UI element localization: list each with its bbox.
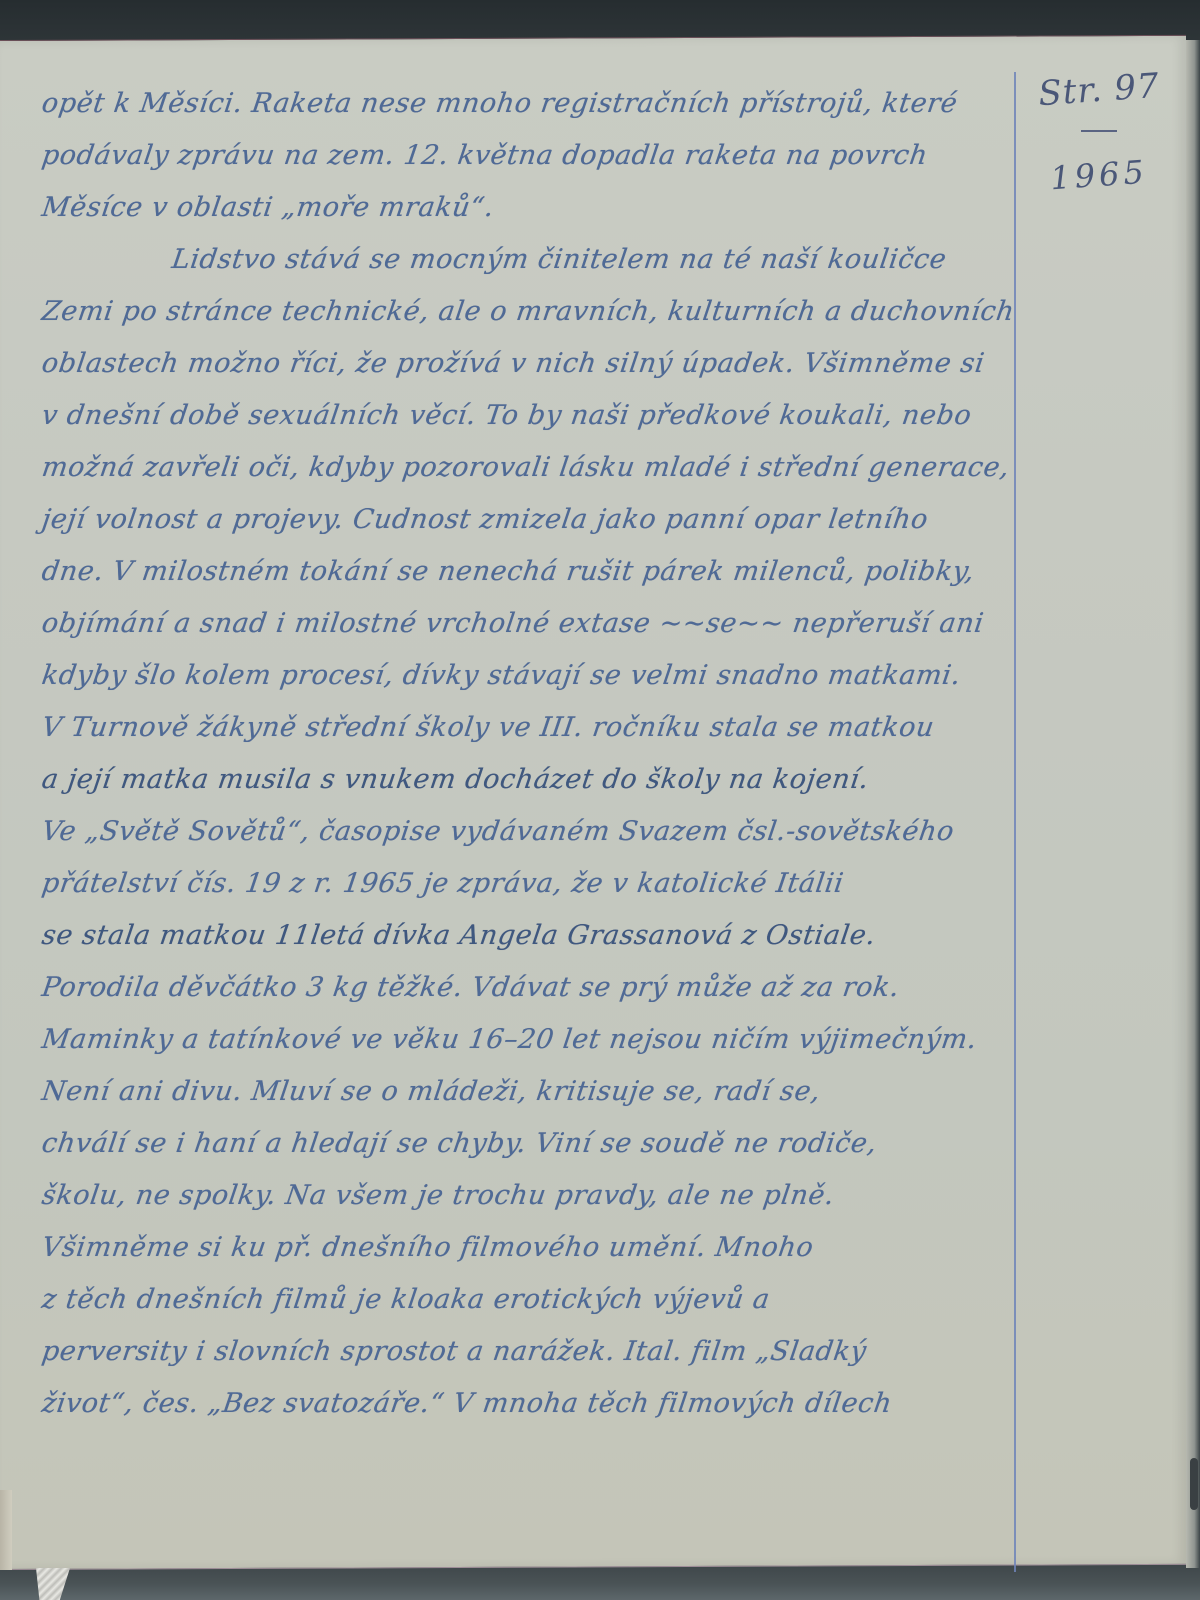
text-line: život“, čes. „Bez svatozáře.“ V mnoha tě… xyxy=(38,1378,1035,1430)
text-line: dne. V milostném tokání se nenechá rušit… xyxy=(38,546,1035,598)
text-line: školu, ne spolky. Na všem je trochu prav… xyxy=(38,1170,1035,1222)
text-line: kdyby šlo kolem procesí, dívky stávají s… xyxy=(38,650,1035,702)
text-line: opět k Měsíci. Raketa nese mnoho registr… xyxy=(38,78,1035,130)
page-number: Str. 97 xyxy=(1023,65,1175,115)
binding-edge xyxy=(0,1490,12,1570)
text-line: oblastech možno říci, že prožívá v nich … xyxy=(38,338,1035,390)
text-line: z těch dnešních filmů je kloaka erotický… xyxy=(38,1274,1035,1326)
text-line: chválí se i haní a hledají se chyby. Vin… xyxy=(38,1118,1035,1170)
text-line: podávaly zprávu na zem. 12. května dopad… xyxy=(38,130,1035,182)
bookmark-tab xyxy=(1190,1458,1198,1510)
text-line: a její matka musila s vnukem docházet do… xyxy=(38,754,1035,806)
text-line: V Turnově žákyně střední školy ve III. r… xyxy=(38,702,1035,754)
text-line: Ve „Světě Sovětů“, časopise vydávaném Sv… xyxy=(38,806,1035,858)
margin-separator xyxy=(1081,130,1117,132)
text-line: perversity i slovních sprostot a narážek… xyxy=(38,1326,1035,1378)
chronicle-year: 1965 xyxy=(1023,151,1175,199)
text-line: v dnešní době sexuálních věcí. To by naš… xyxy=(38,390,1035,442)
text-line-paragraph-start: Lidstvo stává se mocným činitelem na té … xyxy=(38,234,1035,286)
text-line: objímání a snad i milostné vrcholné exta… xyxy=(38,598,1035,650)
text-line: Všimněme si ku př. dnešního filmového um… xyxy=(38,1222,1035,1274)
text-line: Porodila děvčátko 3 kg těžké. Vdávat se … xyxy=(38,962,1035,1014)
handwritten-text-body: opět k Měsíci. Raketa nese mnoho registr… xyxy=(42,78,1032,1430)
page-edge xyxy=(1186,40,1200,1568)
margin-annotation: Str. 97 1965 xyxy=(1024,70,1174,194)
text-line: její volnost a projevy. Cudnost zmizela … xyxy=(38,494,1035,546)
text-line: se stala matkou 11letá dívka Angela Gras… xyxy=(38,910,1035,962)
text-line: Měsíce v oblasti „moře mraků“. xyxy=(38,182,1035,234)
text-line: Není ani divu. Mluví se o mládeži, kriti… xyxy=(38,1066,1035,1118)
text-line: možná zavřeli oči, kdyby pozorovali lásk… xyxy=(38,442,1035,494)
text-line: Zemi po stránce technické, ale o mravníc… xyxy=(38,286,1035,338)
text-line: Maminky a tatínkové ve věku 16–20 let ne… xyxy=(38,1014,1035,1066)
text-line: přátelství čís. 19 z r. 1965 je zpráva, … xyxy=(38,858,1035,910)
